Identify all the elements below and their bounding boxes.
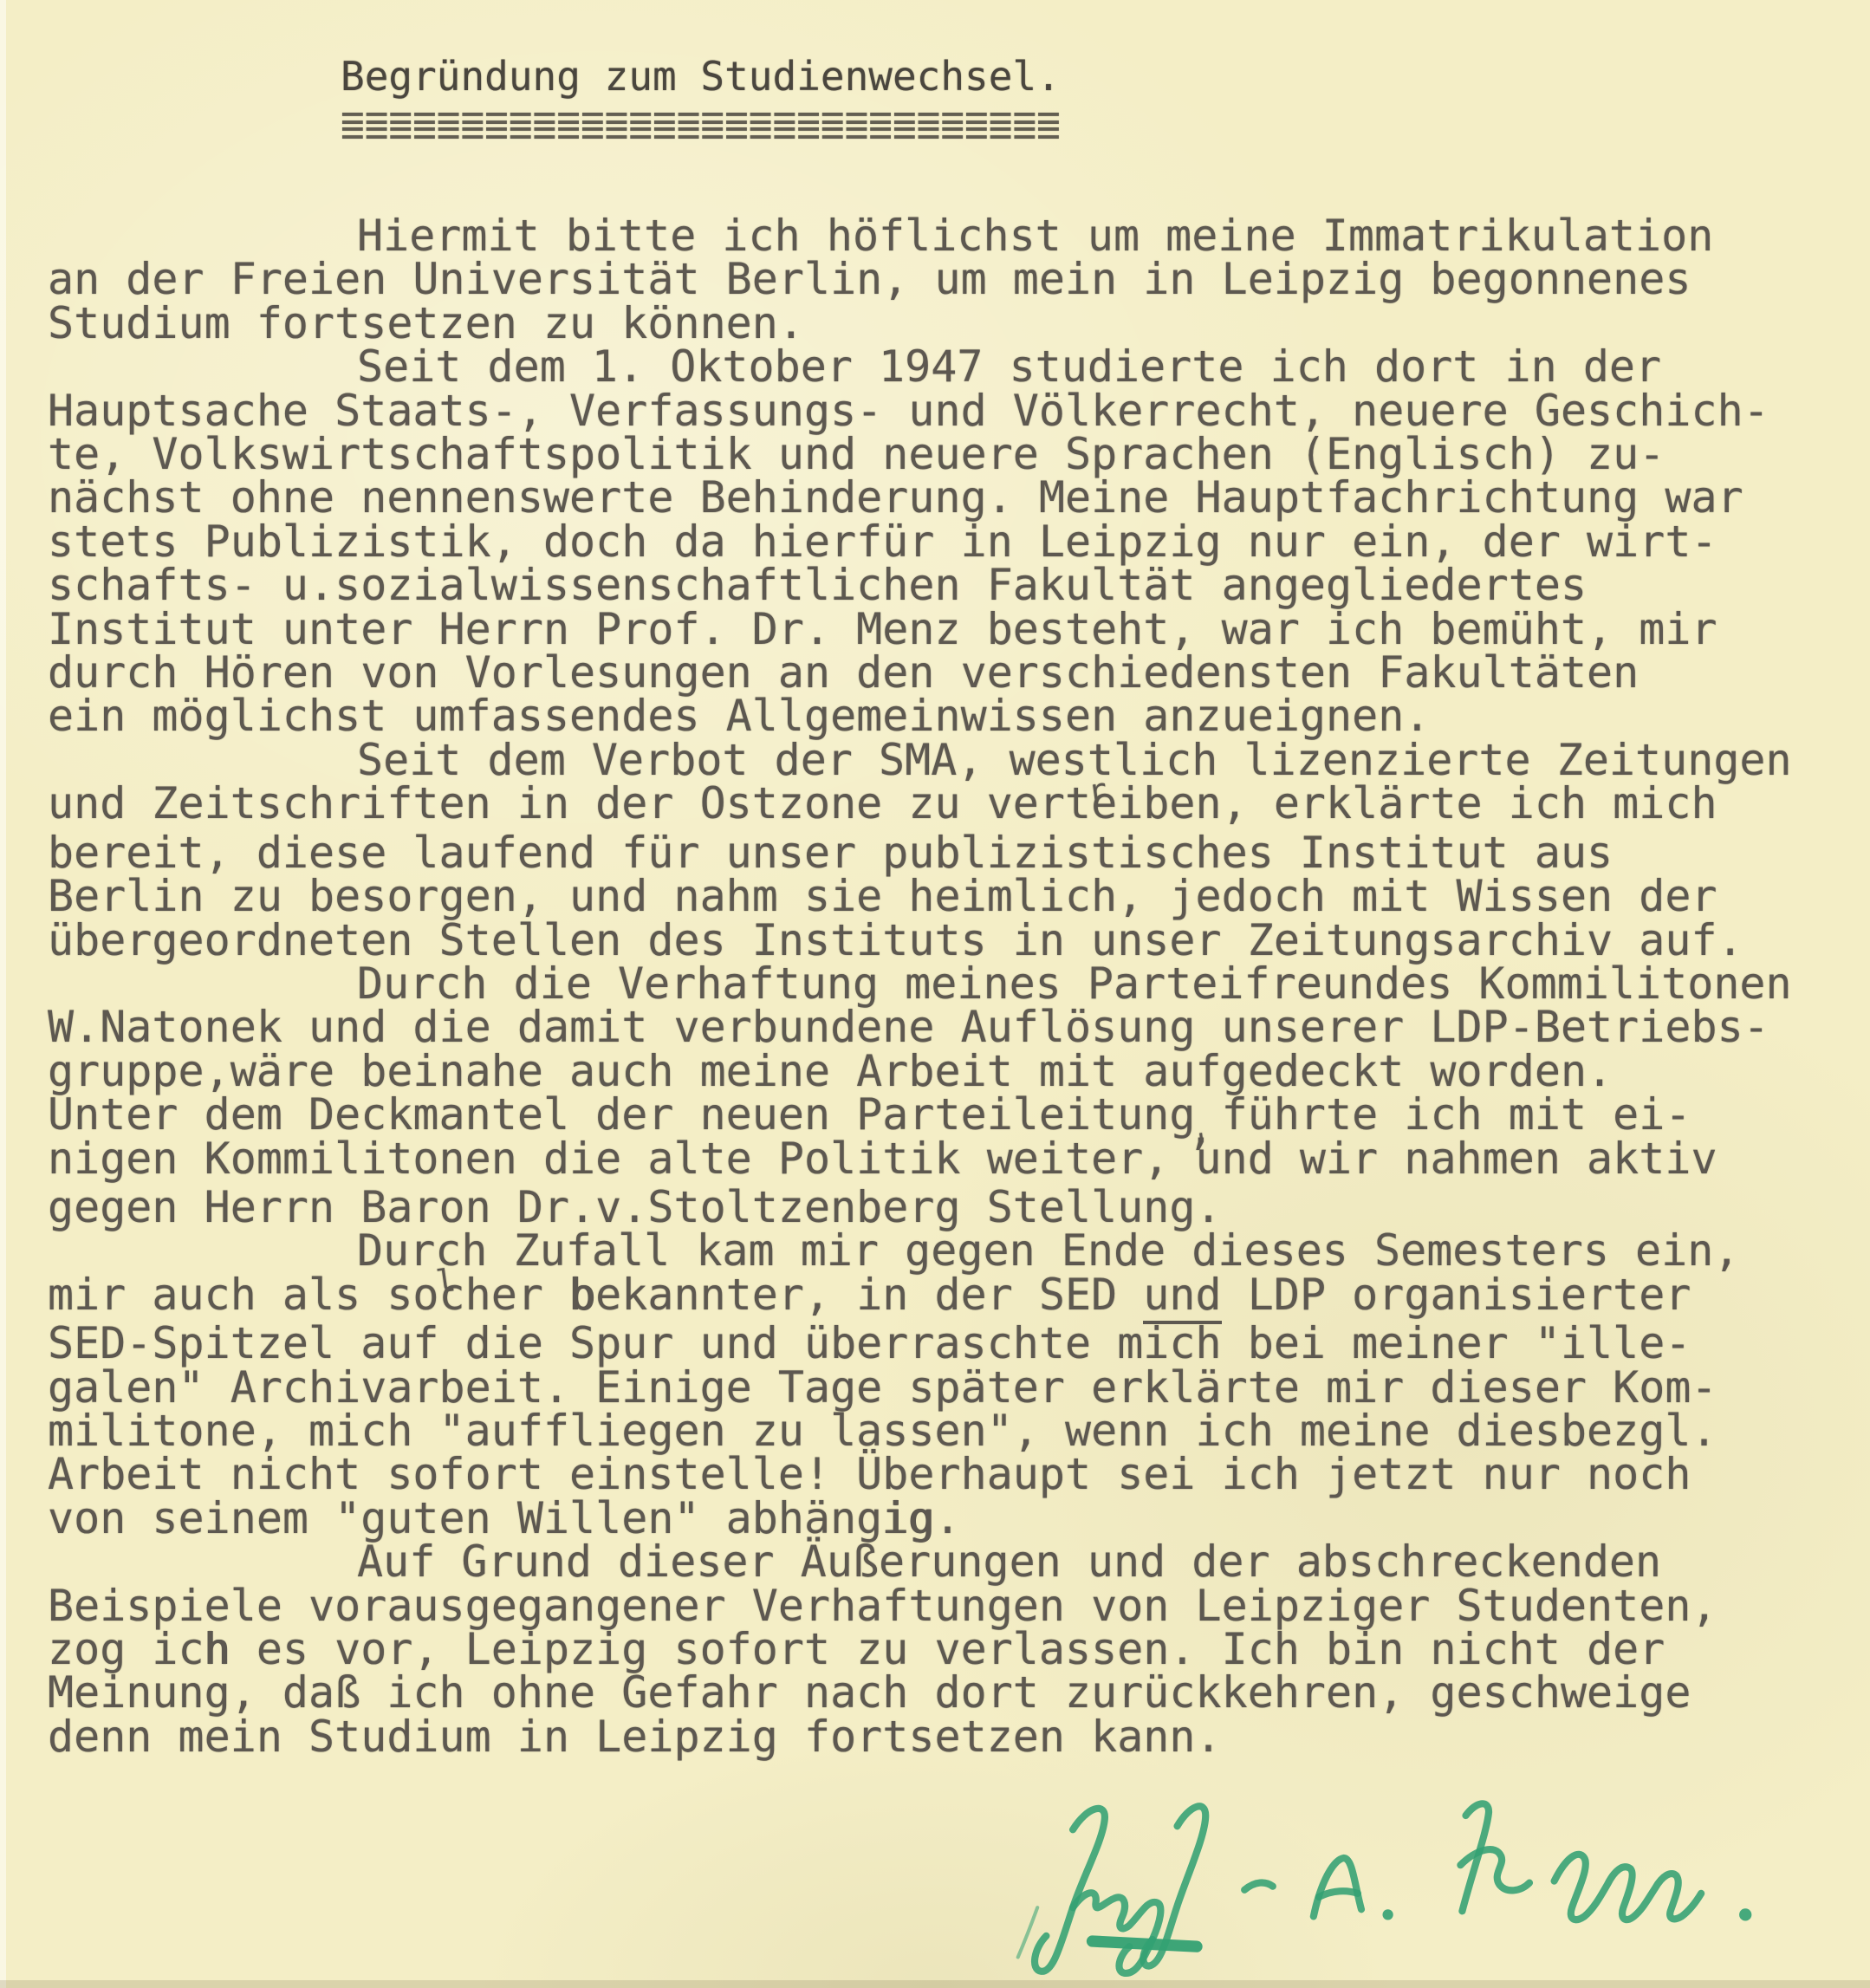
text-line: Hiermit bitte ich höflichst um meine Imm… xyxy=(48,214,1844,257)
text-line: SED-Spitzel auf die Spur und überraschte… xyxy=(48,1322,1844,1365)
text-line: durch Hören von Vorlesungen an den versc… xyxy=(48,651,1844,694)
text-line: ein möglichst umfassendes Allgemeinwisse… xyxy=(48,694,1844,737)
text-line: Durch Zufall kam mir gegen Ende dieses S… xyxy=(48,1229,1844,1272)
text-line: von seinem "guten Willen" abhängig. xyxy=(48,1497,1844,1540)
text-line: galen" Archivarbeit. Einige Tage später … xyxy=(48,1366,1844,1409)
text-line: schafts- u.sozialwissenschaftlichen Faku… xyxy=(48,563,1844,607)
text-line: bereit, diese laufend für unser publizis… xyxy=(48,831,1844,874)
scanned-document-page: Begründung zum Studienwechsel. =========… xyxy=(0,0,1870,1988)
text-line: Unter dem Deckmantel der neuen Parteilei… xyxy=(48,1093,1844,1136)
text-line: an der Freien Universität Berlin, um mei… xyxy=(48,257,1844,301)
title-underline-row2: ============================== xyxy=(341,112,1061,152)
signature xyxy=(988,1777,1820,1980)
scan-edge-bottom xyxy=(0,1980,1870,1988)
text-line: Studium fortsetzen zu können. xyxy=(48,302,1844,345)
scan-edge-left xyxy=(0,0,6,1988)
text-line: Arbeit nicht sofort einstelle! Überhaupt… xyxy=(48,1452,1844,1496)
text-line: Meinung, daß ich ohne Gefahr nach dort z… xyxy=(48,1671,1844,1714)
document-body: Hiermit bitte ich höflichst um meine Imm… xyxy=(48,214,1844,1758)
text-line: denn mein Studium in Leipzig fortsetzen … xyxy=(48,1715,1844,1758)
text-line: gegen Herrn Baron Dr.v.Stoltzenberg Stel… xyxy=(48,1186,1844,1229)
text-line: W.Natonek und die damit verbundene Auflö… xyxy=(48,1005,1844,1049)
text-line: nigen Kommilitonen die alte Politik weit… xyxy=(48,1137,1844,1186)
text-line: Hauptsache Staats-, Verfassungs- und Völ… xyxy=(48,389,1844,432)
text-line: und Zeitschriften in der Ostzone zu vert… xyxy=(48,782,1844,830)
text-line: Durch die Verhaftung meines Parteifreund… xyxy=(48,962,1844,1005)
signature-handwriting-icon xyxy=(988,1777,1820,1980)
document-title: Begründung zum Studienwechsel. xyxy=(341,56,1061,96)
text-line: Beispiele vorausgegangener Verhaftungen … xyxy=(48,1584,1844,1627)
text-line: te, Volkswirtschaftspolitik und neuere S… xyxy=(48,432,1844,476)
text-line: Seit dem 1. Oktober 1947 studierte ich d… xyxy=(48,345,1844,388)
text-line: militone, mich "auffliegen zu lassen", w… xyxy=(48,1409,1844,1452)
text-line: zog ich es vor, Leipzig sofort zu verlas… xyxy=(48,1627,1844,1671)
text-line: Auf Grund dieser Äußerungen und der absc… xyxy=(48,1540,1844,1583)
text-line: nächst ohne nennenswerte Behinderung. Me… xyxy=(48,476,1844,519)
text-line: Seit dem Verbot der SMA, westlich lizenz… xyxy=(48,738,1844,782)
text-line: mir auch als solcher bekannter, in der S… xyxy=(48,1273,1844,1322)
text-line: übergeordneten Stellen des Instituts in … xyxy=(48,919,1844,962)
text-line: Berlin zu besorgen, und nahm sie heimlic… xyxy=(48,874,1844,918)
text-line: gruppe,wäre beinahe auch meine Arbeit mi… xyxy=(48,1049,1844,1093)
text-line: stets Publizistik, doch da hierfür in Le… xyxy=(48,520,1844,563)
text-line: Institut unter Herrn Prof. Dr. Menz best… xyxy=(48,607,1844,651)
